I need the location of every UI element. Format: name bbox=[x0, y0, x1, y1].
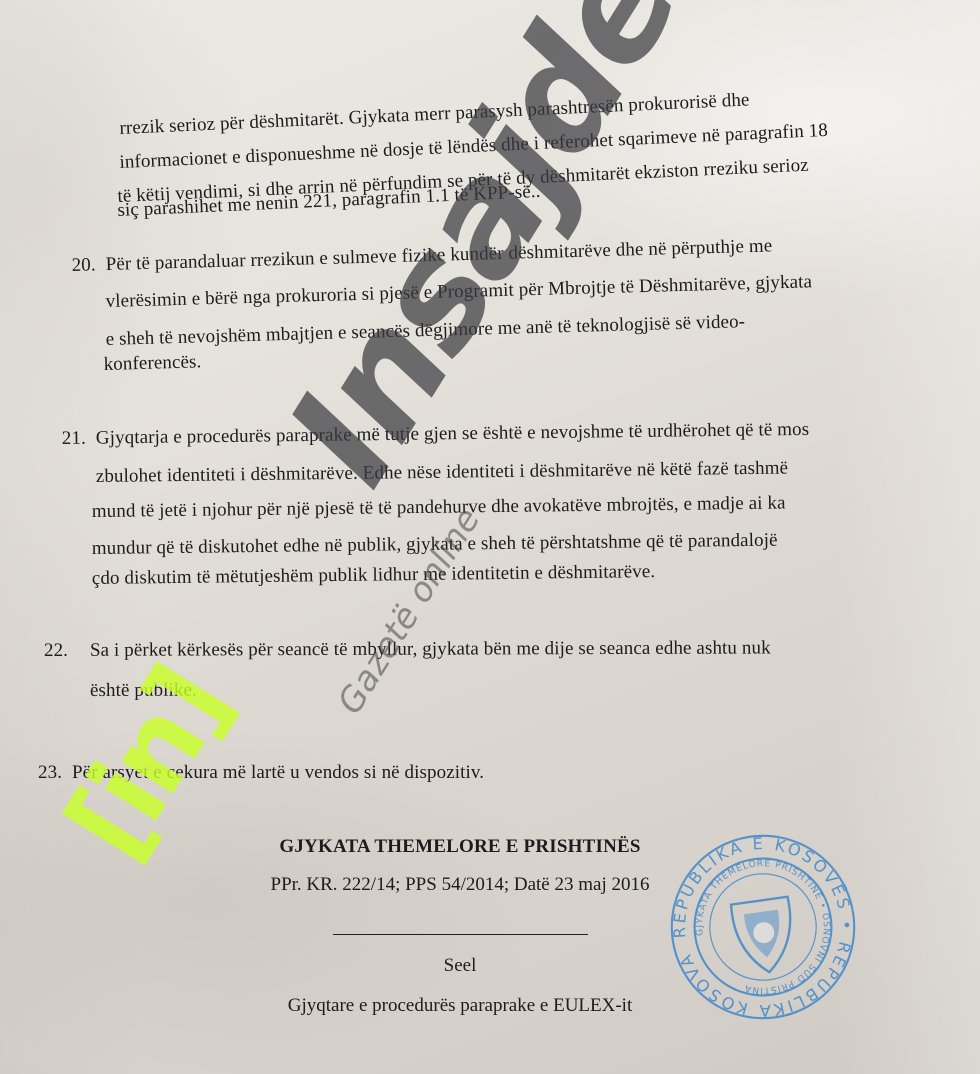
judge-title: Gjyqtare e procedurës paraprake e EULEX-… bbox=[230, 995, 690, 1017]
paragraph-21-line-2: zbulohet identiteti i dëshmitarëve. Edhe… bbox=[96, 458, 789, 488]
court-seal-stamp-icon: REPUBLIKA E KOSOVËS • REPUBLIKA KOSOVA •… bbox=[656, 820, 871, 1035]
case-reference: PPr. KR. 222/14; PPS 54/2014; Datë 23 ma… bbox=[230, 874, 690, 896]
paragraph-number: 21. bbox=[62, 428, 96, 450]
paragraph-20-line-4: konferencës. bbox=[103, 351, 201, 376]
seal-label: Seel bbox=[230, 955, 690, 977]
court-name: GJYKATA THEMELORE E PRISHTINËS bbox=[230, 836, 690, 858]
signature-line bbox=[230, 934, 690, 935]
paragraph-number: 20. bbox=[71, 254, 106, 277]
paragraph-21-line-5: çdo diskutim të mëtutjeshëm publik lidhu… bbox=[92, 561, 656, 590]
paragraph-21-line-3: mund të jetë i njohur për një pjesë të t… bbox=[92, 493, 786, 523]
paragraph-number: 22. bbox=[44, 640, 90, 662]
